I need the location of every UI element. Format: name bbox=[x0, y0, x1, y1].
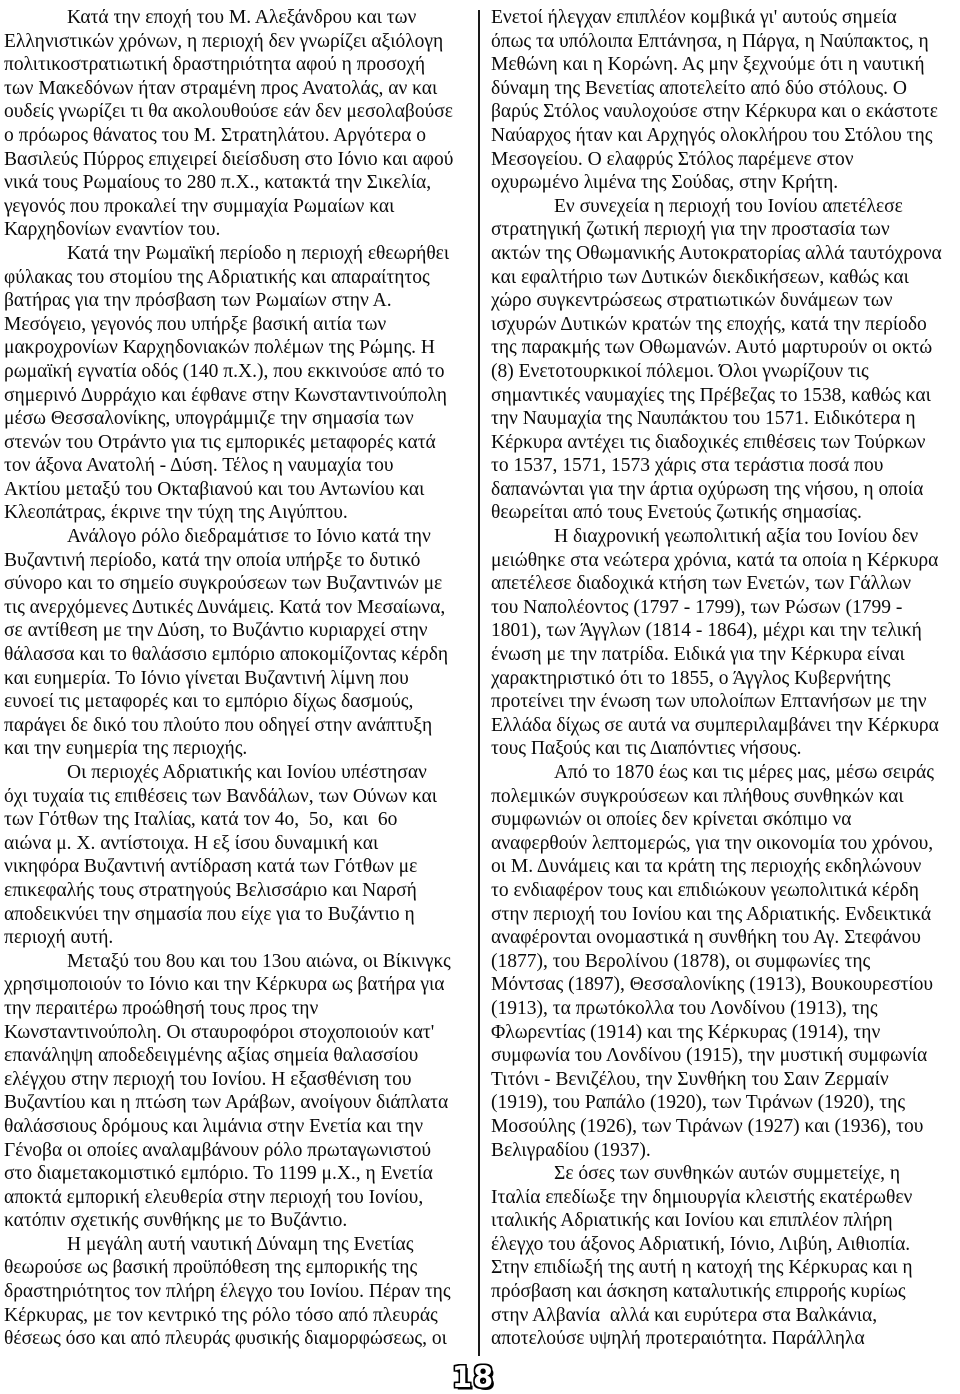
right-column: Ενετοί ήλεγχαν επιπλέον κομβικά γι' αυτο… bbox=[491, 6, 957, 1351]
paragraph: Εν συνεχεία η περιοχή του Ιονίου απετέλε… bbox=[491, 195, 957, 525]
paragraph: Οι περιοχές Αδριατικής και Ιονίου υπέστη… bbox=[4, 761, 478, 950]
paragraph: Η διαχρονική γεωπολιτική αξία του Ιονίου… bbox=[491, 525, 957, 761]
paragraph: Η μεγάλη αυτή ναυτική Δύναμη της Ενετίας… bbox=[4, 1233, 478, 1351]
paragraph: Κατά την Ρωμαϊκή περίοδο η περιοχή εθεωρ… bbox=[4, 242, 478, 525]
paragraph: Ανάλογο ρόλο διεδραμάτισε το Ιόνιο κατά … bbox=[4, 525, 478, 761]
paragraph: Μεταξύ του 8ου και του 13ου αιώνα, οι Βί… bbox=[4, 950, 478, 1233]
column-divider bbox=[478, 10, 480, 1356]
page-number: 18 bbox=[0, 1360, 946, 1394]
document-page: Κατά την εποχή του Μ. Αλεξάνδρου και των… bbox=[0, 0, 960, 1394]
paragraph: Από το 1870 έως και τις μέρες μας, μέσω … bbox=[491, 761, 957, 1162]
paragraph: Κατά την εποχή του Μ. Αλεξάνδρου και των… bbox=[4, 6, 478, 242]
left-column: Κατά την εποχή του Μ. Αλεξάνδρου και των… bbox=[4, 6, 478, 1351]
paragraph: Σε όσες των συνθηκών αυτών συμμετείχε, η… bbox=[491, 1162, 957, 1351]
paragraph-continuation: Ενετοί ήλεγχαν επιπλέον κομβικά γι' αυτο… bbox=[491, 6, 957, 195]
